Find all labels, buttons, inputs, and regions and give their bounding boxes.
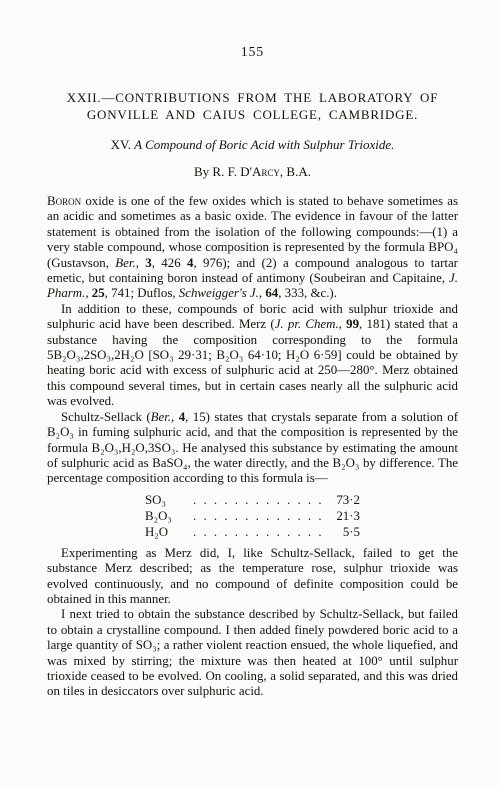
article-title-line-2: GONVILLE AND CAIUS COLLEGE, CAMBRIDGE. (47, 106, 458, 123)
component-label: SO₃ (145, 492, 187, 508)
table-row: H₂O . . . . . . . . . . . . . . . . . . … (145, 524, 360, 540)
leader-dots: . . . . . . . . . . . . . . . . . . . . (187, 492, 326, 508)
component-value: 73·2 (326, 492, 360, 508)
paragraph-5: I next tried to obtain the substance des… (47, 607, 458, 699)
component-label: B₂O₃ (145, 508, 187, 524)
leader-dots: . . . . . . . . . . . . . . . . . . . . (187, 508, 326, 524)
document-page: 155 XXII.—CONTRIBUTIONS FROM THE LABORAT… (0, 0, 500, 786)
section-heading: XV. A Compound of Boric Acid with Sulphu… (47, 137, 458, 153)
paragraph-3: Schultz-Sellack (Ber., 4, 15) states tha… (47, 410, 458, 487)
leader-dots: . . . . . . . . . . . . . . . . . . . . (187, 524, 326, 540)
paragraph-4: Experimenting as Merz did, I, like Schul… (47, 546, 458, 608)
paragraph-2: In addition to these, compounds of boric… (47, 302, 458, 410)
component-label: H₂O (145, 524, 187, 540)
byline: By R. F. D'Arcy, B.A. (47, 164, 458, 180)
component-value: 21·3 (326, 508, 360, 524)
table-row: SO₃ . . . . . . . . . . . . . . . . . . … (145, 492, 360, 508)
composition-table: SO₃ . . . . . . . . . . . . . . . . . . … (145, 492, 360, 540)
page-content: 155 XXII.—CONTRIBUTIONS FROM THE LABORAT… (47, 44, 458, 700)
article-title-line-1: XXII.—CONTRIBUTIONS FROM THE LABORATORY … (47, 89, 458, 106)
component-value: 5·5 (326, 524, 360, 540)
page-number: 155 (47, 44, 458, 60)
table-row: B₂O₃ . . . . . . . . . . . . . . . . . .… (145, 508, 360, 524)
paragraph-1: Boron oxide is one of the few oxides whi… (47, 194, 458, 302)
article-title: XXII.—CONTRIBUTIONS FROM THE LABORATORY … (47, 89, 458, 123)
